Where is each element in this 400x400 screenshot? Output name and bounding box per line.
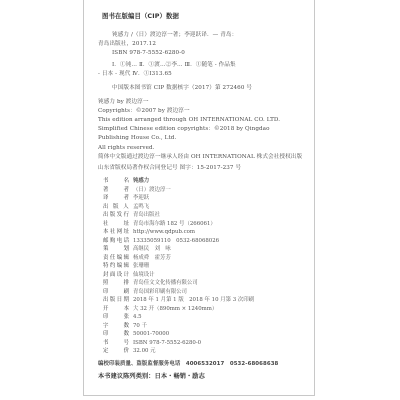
detail-value: 钝感力 (133, 178, 149, 184)
detail-label: 本社网址 (103, 229, 133, 236)
copyright-line1: 钝感力 by 渡边淳一 (98, 99, 149, 106)
detail-row-isbn: 书 号ISBN 978-7-5552-6280-0 (103, 340, 201, 347)
detail-label: 印 张 (103, 314, 133, 321)
detail-row-address: 社 址青岛市海尔路 182 号（266061） (103, 221, 216, 228)
copyright-line6: All rights reserved. (98, 145, 155, 152)
detail-value: http://www.qdpub.com (133, 229, 195, 235)
detail-value: 青岛佳文文化传播有限公司 (133, 280, 198, 286)
detail-row-planner: 策 划高继民 刘 咏 (103, 246, 171, 253)
detail-value: 李迎跃 (133, 195, 149, 201)
detail-value: 50001-70000 (133, 331, 169, 337)
quality-hotline: 编校印装质量、盗版监督服务电话 4006532017 0532-68068638 (98, 361, 278, 368)
detail-row-print-run: 印 数50001-70000 (103, 331, 169, 338)
detail-row-website: 本社网址http://www.qdpub.com (103, 229, 195, 236)
detail-value: 高继民 刘 咏 (133, 246, 171, 252)
detail-value: （日）渡边淳一 (133, 187, 171, 193)
detail-row-cover-design: 封面设计仙境设计 (103, 272, 155, 279)
detail-value: 杨成舜 霍芳芳 (133, 255, 171, 261)
detail-row-pub-date: 出版日期2018 年 1 月第 1 版 2018 年 10 月第 3 次印刷 (103, 297, 254, 304)
copyright-line7: 简体中文版通过渡边淳一继承人经由 OH INTERNATIONAL 株式会社授权… (98, 154, 302, 161)
detail-label: 责任编辑 (103, 255, 133, 262)
detail-row-title: 书 名钝感力 (103, 178, 149, 185)
cip-heading: 图书在版编目（CIP）数据 (102, 13, 179, 20)
detail-value: 孟鸣飞 (133, 204, 149, 210)
detail-label: 特约编辑 (103, 263, 133, 270)
cip-number: 中国版本图书馆 CIP 数据核字（2017）第 272460 号 (112, 85, 252, 92)
copyright-line4: Simplified Chinese edition copyrights：©2… (98, 126, 270, 133)
detail-label: 出版发行 (103, 212, 133, 219)
detail-value: 32.00 元 (133, 348, 156, 354)
cip-entry-line2: 青岛出版社，2017.12 (98, 41, 156, 48)
detail-row-distribution: 出版发行青岛出版社 (103, 212, 160, 219)
detail-row-sheets: 印 张4.5 (103, 314, 142, 321)
detail-label: 开 本 (103, 306, 133, 313)
detail-row-special-editor: 特约编辑张珊珊 (103, 263, 149, 270)
copyright-line3: This edition arranged through OH INTERNA… (98, 117, 280, 124)
cip-isbn: ISBN 978-7-5552-6280-0 (112, 50, 185, 57)
detail-value: 大 32 开（890mm × 1240mm） (133, 306, 217, 312)
cip-class-line1: Ⅰ．①钝… Ⅱ．①渡…②李… Ⅲ．①随笔 - 作品集 (112, 62, 236, 69)
detail-row-phone: 邮购电话13335059110 0532-68068026 (103, 238, 219, 245)
detail-row-publisher-person: 出 版 人孟鸣飞 (103, 204, 149, 211)
detail-label: 照 排 (103, 280, 133, 287)
detail-label: 书 名 (103, 178, 133, 185)
detail-row-printing: 印 刷青岛国彩印刷有限公司 (103, 289, 187, 296)
cip-entry-line1: 钝感力 /（日）渡边淳一著；李迎跃译．— 青岛： (112, 32, 237, 39)
detail-value: 青岛市海尔路 182 号（266061） (133, 221, 216, 227)
detail-value: 张珊珊 (133, 263, 149, 269)
detail-value: 13335059110 0532-68068026 (133, 238, 219, 244)
copyright-page: 图书在版编目（CIP）数据 钝感力 /（日）渡边淳一著；李迎跃译．— 青岛： 青… (83, 0, 315, 396)
detail-value: 70 千 (133, 323, 147, 329)
cip-class-line2: - 日本 - 现代 Ⅳ．①I313.65 (98, 71, 172, 78)
detail-label: 社 址 (103, 221, 133, 228)
copyright-line5: Publishing House Co., Ltd. (98, 135, 176, 142)
detail-label: 印 刷 (103, 289, 133, 296)
detail-value: 仙境设计 (133, 272, 155, 278)
detail-label: 著 者 (103, 187, 133, 194)
detail-value: 2018 年 1 月第 1 版 2018 年 10 月第 3 次印刷 (133, 297, 254, 303)
detail-label: 邮购电话 (103, 238, 133, 245)
detail-value: 4.5 (133, 314, 142, 320)
detail-label: 字 数 (103, 323, 133, 330)
detail-row-editor: 责任编辑杨成舜 霍芳芳 (103, 255, 171, 262)
detail-label: 策 划 (103, 246, 133, 253)
detail-value: ISBN 978-7-5552-6280-0 (133, 340, 201, 346)
detail-label: 出版日期 (103, 297, 133, 304)
shelving-category: 本书建议陈列类别：日本・畅销・励志 (98, 373, 205, 380)
copyright-line8: 山东省版权局著作权合同登记号 图字：15-2017-237 号 (98, 165, 241, 172)
detail-row-word-count: 字 数70 千 (103, 323, 147, 330)
detail-label: 封面设计 (103, 272, 133, 279)
detail-label: 定 价 (103, 348, 133, 355)
copyright-line2: Copyrights：©2007 by 渡边淳一 (98, 108, 190, 115)
detail-value: 青岛出版社 (133, 212, 160, 218)
detail-row-price: 定 价32.00 元 (103, 348, 156, 355)
detail-row-typesetting: 照 排青岛佳文文化传播有限公司 (103, 280, 198, 287)
detail-label: 印 数 (103, 331, 133, 338)
detail-row-format: 开 本大 32 开（890mm × 1240mm） (103, 306, 217, 313)
detail-label: 译 者 (103, 195, 133, 202)
detail-value: 青岛国彩印刷有限公司 (133, 289, 187, 295)
detail-row-author: 著 者（日）渡边淳一 (103, 187, 171, 194)
detail-label: 书 号 (103, 340, 133, 347)
detail-row-translator: 译 者李迎跃 (103, 195, 149, 202)
detail-label: 出 版 人 (103, 204, 133, 211)
